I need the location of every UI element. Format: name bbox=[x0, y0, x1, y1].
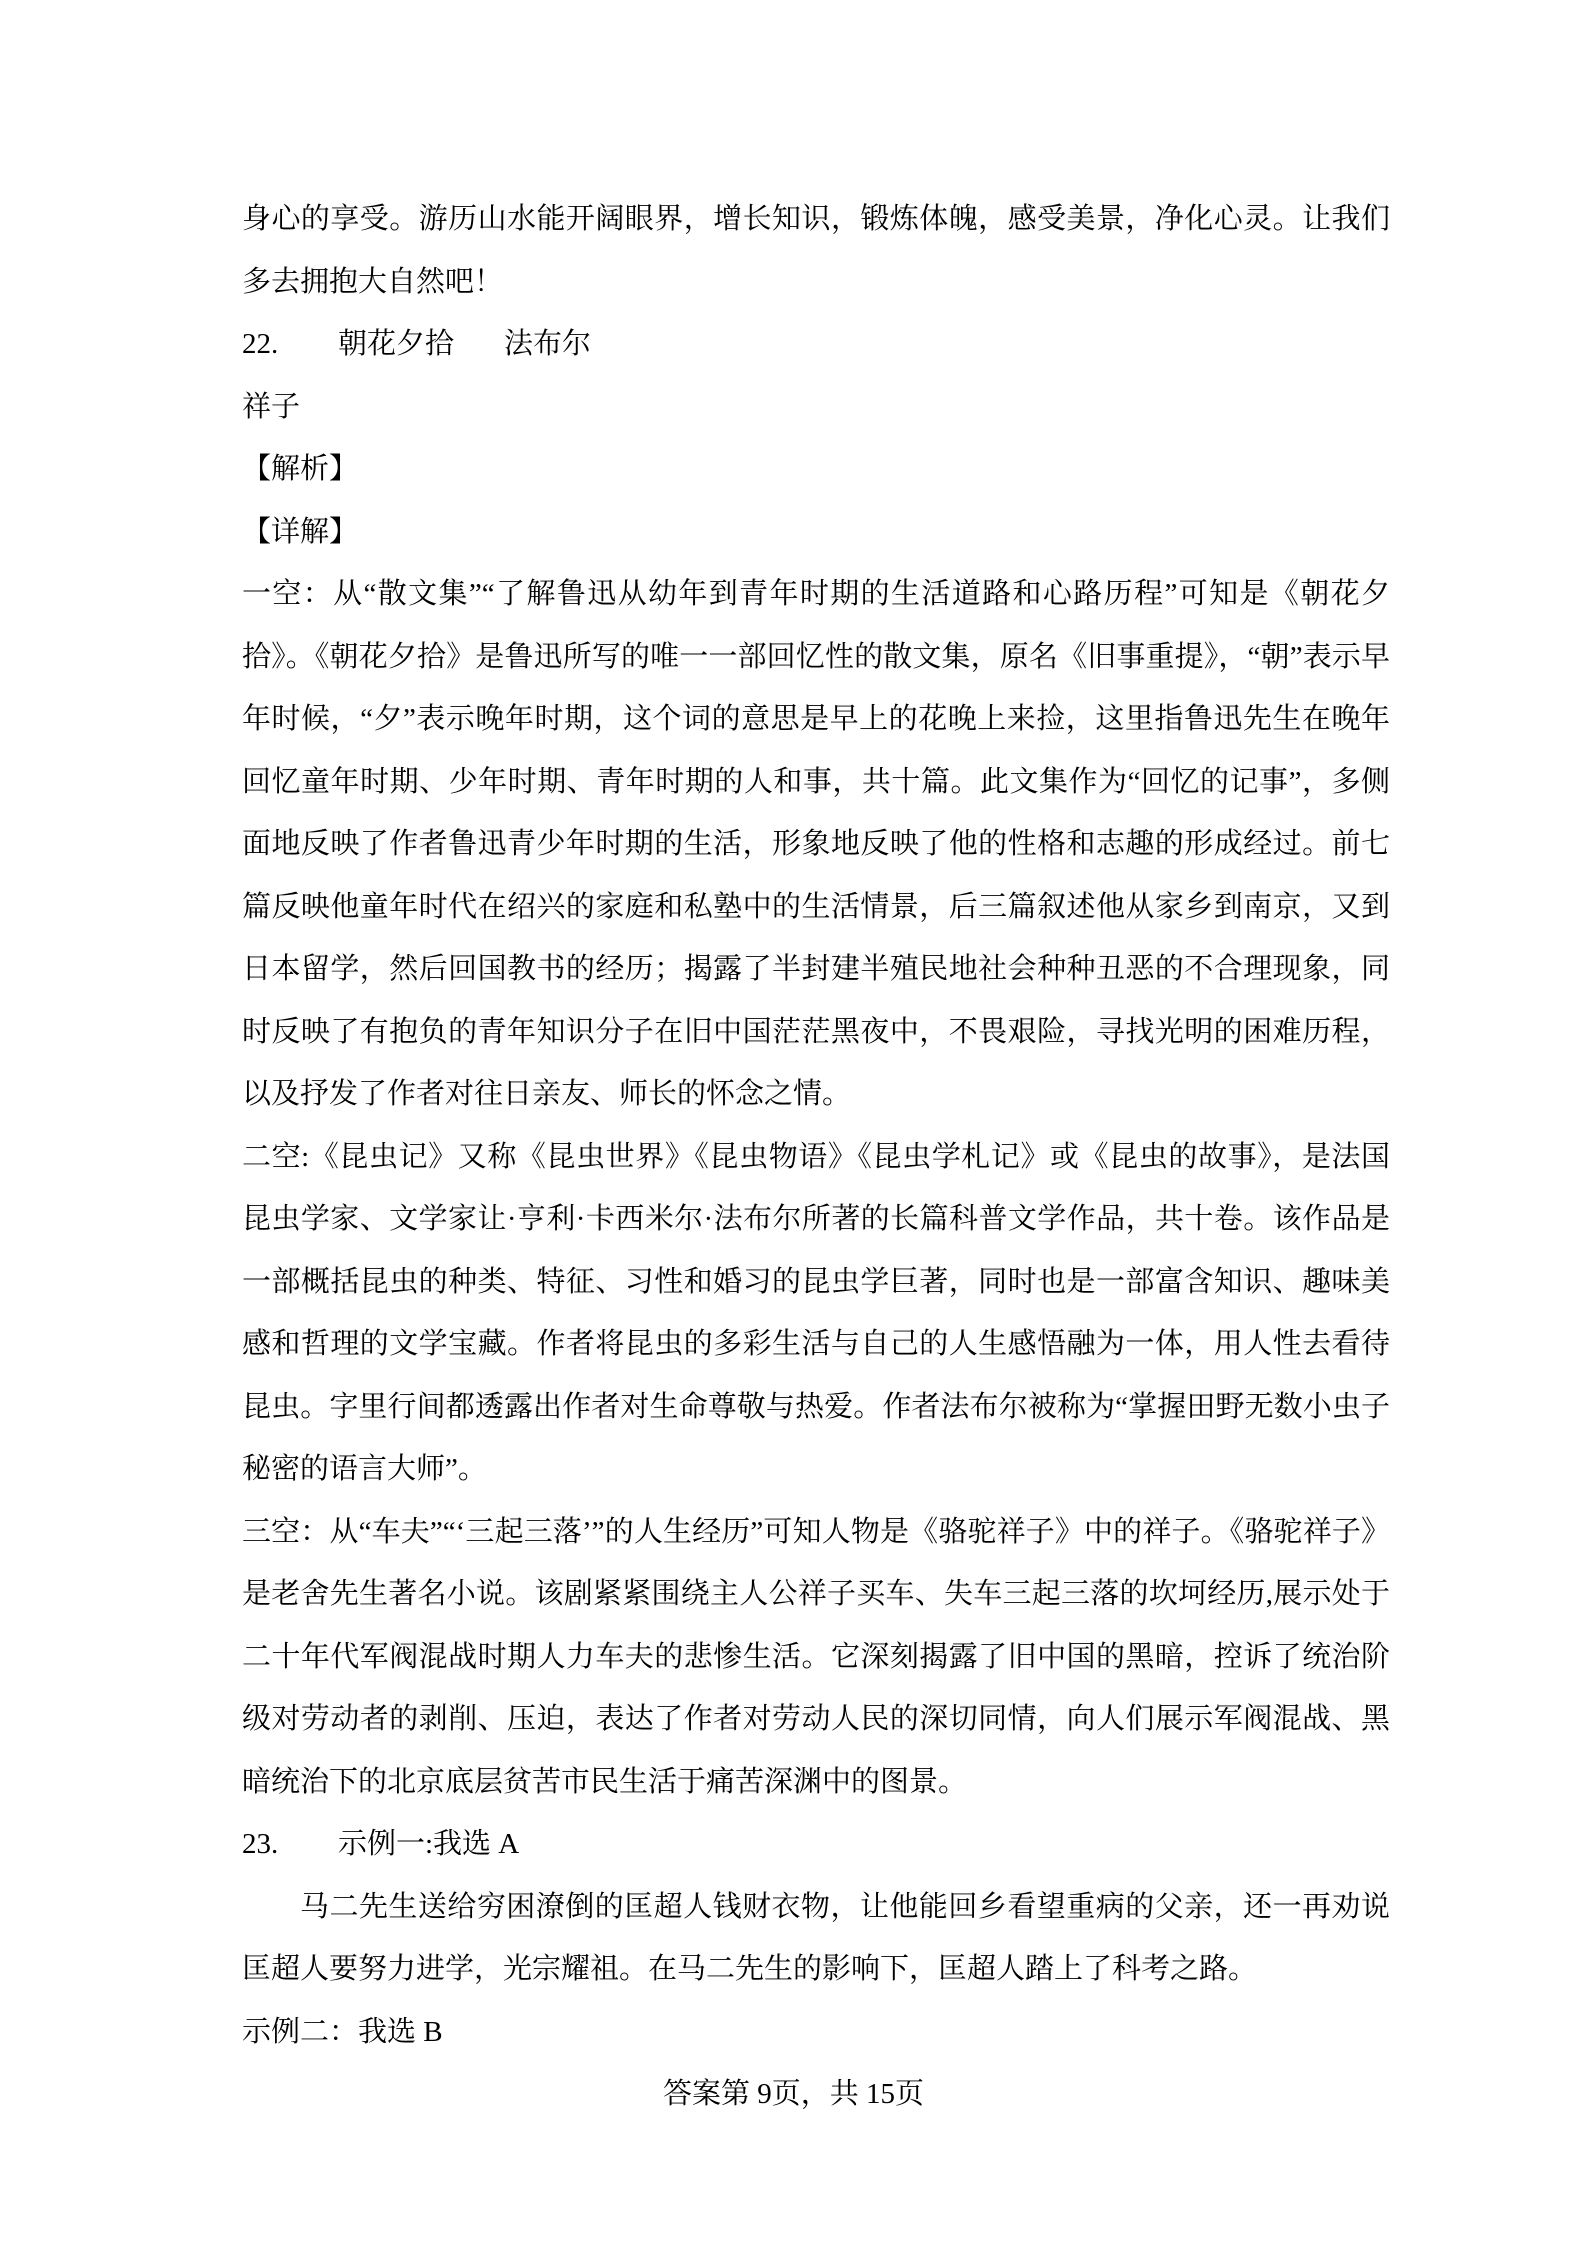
q22-answer-3: 祥子 bbox=[242, 376, 1390, 439]
document-page: 身心的享受。游历山水能开阔眼界，增长知识，锻炼体魄，感受美景，净化心灵。让我们多… bbox=[0, 0, 1587, 2245]
q22-number: 22. bbox=[242, 313, 338, 376]
q22-explanation-blank1: 一空：从“散文集”“了解鲁迅从幼年到青年时期的生活道路和心路历程”可知是《朝花夕… bbox=[242, 563, 1390, 1126]
q22-explanation-blank3: 三空：从“车夫”“‘三起三落’”的人生经历”可知人物是《骆驼祥子》中的祥子。《骆… bbox=[242, 1501, 1390, 1814]
q23-example1-label: 示例一:我选 A bbox=[338, 1828, 519, 1860]
q23-answer-line: 23.示例一:我选 A bbox=[242, 1813, 1390, 1876]
q22-detail-label: 【详解】 bbox=[242, 501, 1390, 564]
q23-example2-label: 示例二：我选 B bbox=[242, 2001, 1390, 2064]
q22-analysis-label: 【解析】 bbox=[242, 438, 1390, 501]
intro-paragraph: 身心的享受。游历山水能开阔眼界，增长知识，锻炼体魄，感受美景，净化心灵。让我们多… bbox=[242, 188, 1390, 313]
q22-answer-2: 法布尔 bbox=[504, 328, 591, 360]
page-indicator: 答案第 9页，共 15页 bbox=[663, 2078, 924, 2110]
q22-explanation-blank2: 二空:《昆虫记》又称《昆虫世界》《昆虫物语》《昆虫学札记》或《昆虫的故事》，是法… bbox=[242, 1126, 1390, 1501]
q22-answer-1: 朝花夕拾 bbox=[338, 328, 454, 360]
q23-number: 23. bbox=[242, 1813, 338, 1876]
q23-example1-body: 马二先生送给穷困潦倒的匡超人钱财衣物，让他能回乡看望重病的父亲，还一再劝说匡超人… bbox=[242, 1876, 1390, 2001]
q22-answer-line: 22.朝花夕拾法布尔 bbox=[242, 313, 1390, 376]
page-footer: 答案第 9页，共 15页 bbox=[0, 2063, 1587, 2126]
answer-sheet-content: 身心的享受。游历山水能开阔眼界，增长知识，锻炼体魄，感受美景，净化心灵。让我们多… bbox=[242, 188, 1390, 2063]
